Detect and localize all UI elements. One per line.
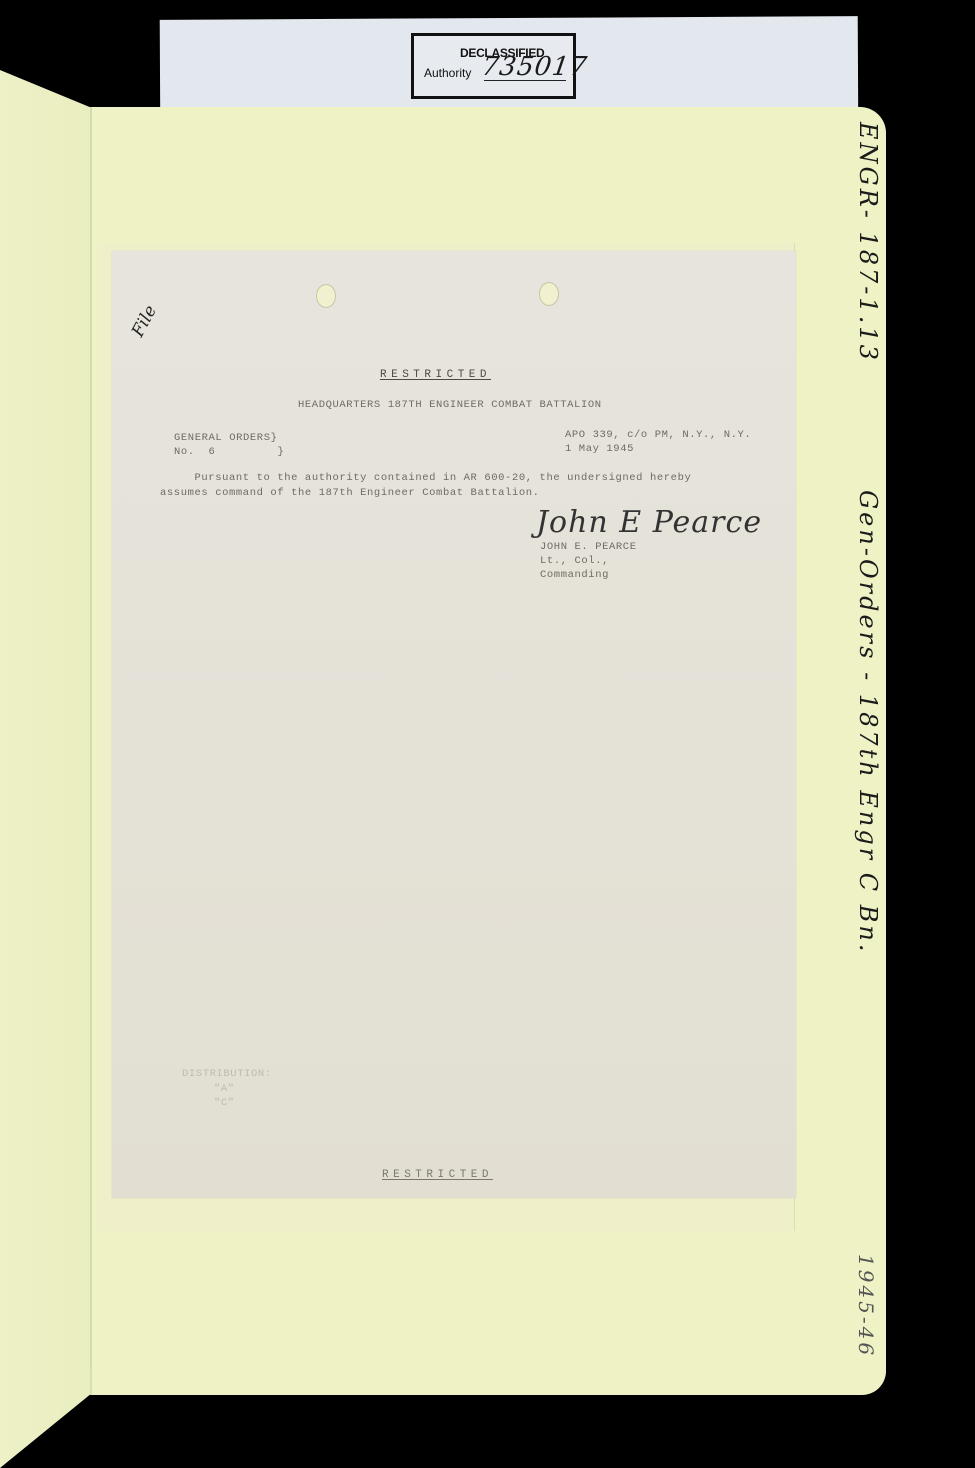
punch-hole-right <box>539 282 559 306</box>
folder-tab-label-top: ENGR- 187-1.13 <box>854 122 882 363</box>
document-page: File RESTRICTED HEADQUARTERS 187TH ENGIN… <box>112 251 796 1198</box>
folder-tab-label-middle: Gen-Orders - 187th Engr C Bn. <box>854 490 882 955</box>
date-line: 1 May 1945 <box>565 443 634 455</box>
declassified-stamp: DECLASSIFIED Authority 735017 <box>411 33 576 99</box>
folder-tab-label-bottom: 1945-46 <box>854 1254 878 1358</box>
margin-note-file: File <box>128 302 161 340</box>
unit-line: HEADQUARTERS 187TH ENGINEER COMBAT BATTA… <box>298 399 602 411</box>
stamp-authority-label: Authority <box>424 66 471 80</box>
orders-label: GENERAL ORDERS} <box>174 432 278 444</box>
distribution-line-2: "C" <box>214 1097 235 1109</box>
signer-rank: Lt., Col., <box>540 555 609 567</box>
body-line-1: Pursuant to the authority contained in A… <box>160 472 691 484</box>
distribution-label: DISTRIBUTION: <box>182 1068 272 1080</box>
orders-number: No. 6 } <box>174 446 284 458</box>
distribution-line-1: "A" <box>214 1083 235 1095</box>
body-line-2: assumes command of the 187th Engineer Co… <box>160 487 540 499</box>
heading-restricted: RESTRICTED <box>380 369 491 381</box>
folder-fold-line <box>90 108 92 1368</box>
folder-left-flap <box>0 70 92 1468</box>
punch-hole-left <box>316 284 336 308</box>
location-line: APO 339, c/o PM, N.Y., N.Y. <box>565 429 751 441</box>
signer-name: JOHN E. PEARCE <box>540 541 637 553</box>
footer-restricted: RESTRICTED <box>382 1169 493 1181</box>
signer-title: Commanding <box>540 569 609 581</box>
signature: John E Pearce <box>536 505 762 540</box>
stamp-authority-number: 735017 <box>480 52 589 82</box>
